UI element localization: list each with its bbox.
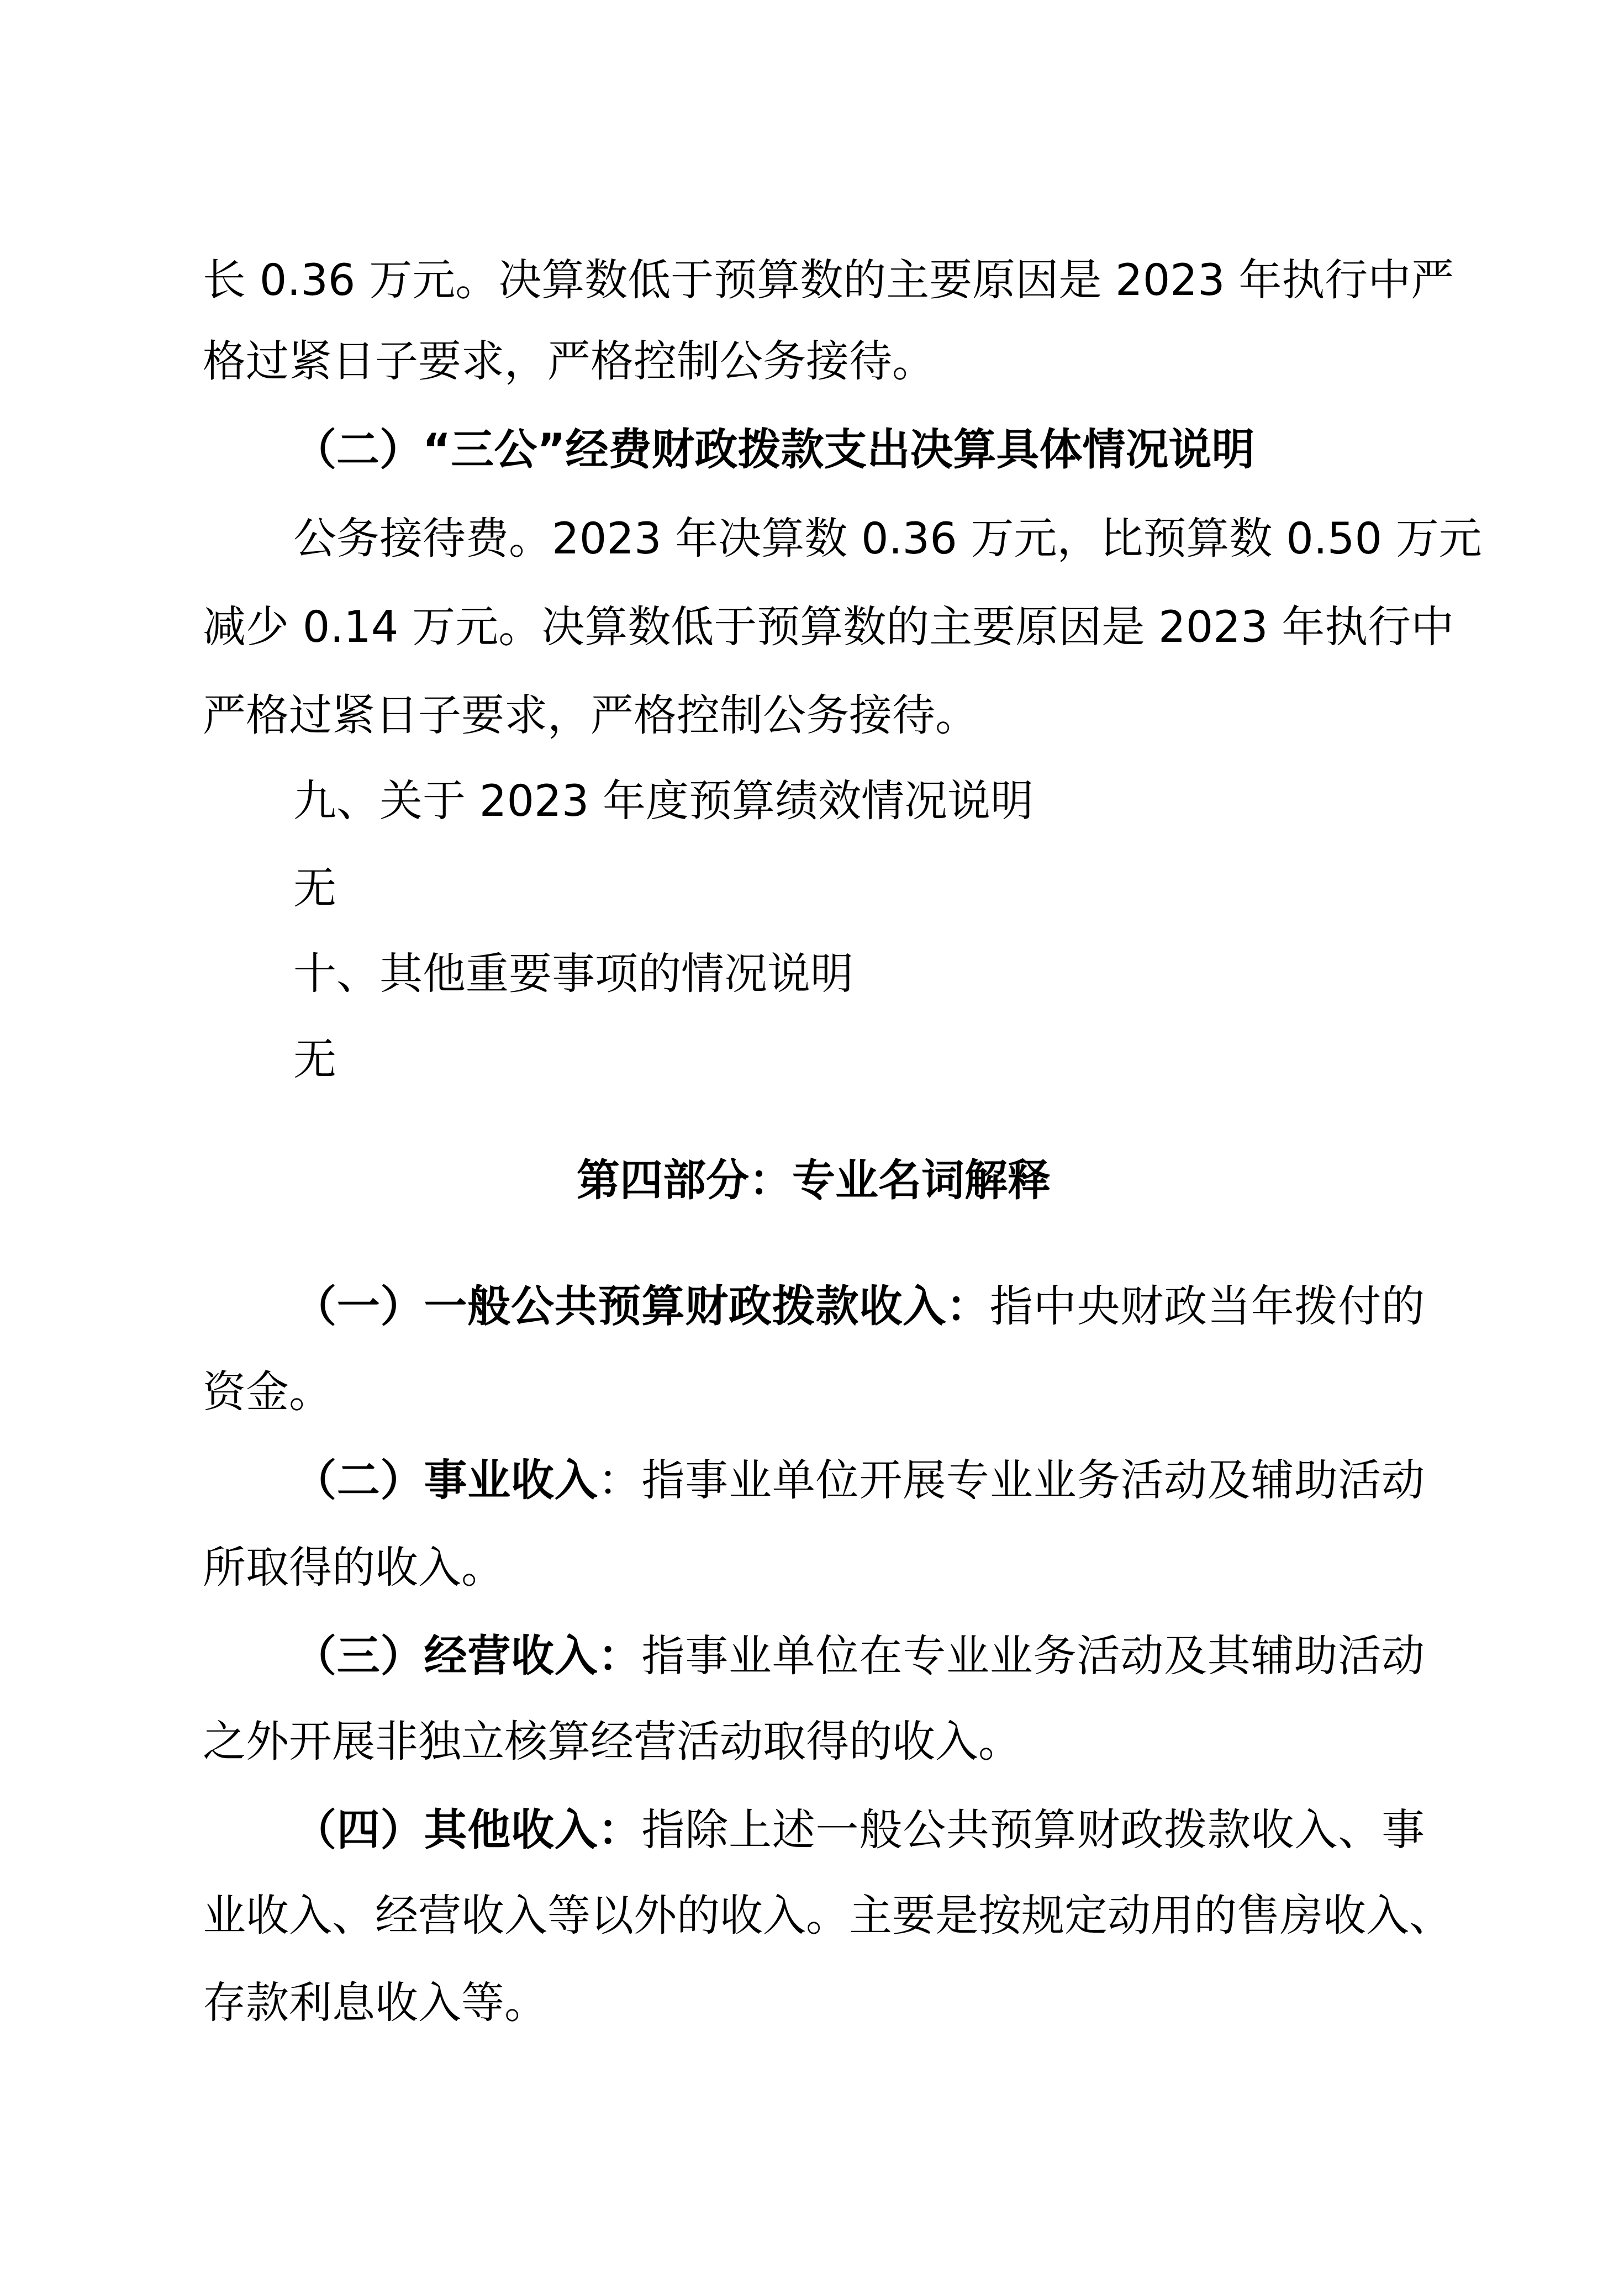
definition-1-line-2: 资金。 [203,1365,1425,1420]
continuation-line-1: 长 0.36 万元。决算数低于预算数的主要原因是 2023 年执行中严 [203,253,1425,308]
section-ten-body: 无 [203,1032,1425,1088]
definition-2-line-1: （二）事业收入：指事业单位开展专业业务活动及辅助活动 [203,1453,1425,1508]
section-two-para-line-2: 减少 0.14 万元。决算数低于预算数的主要原因是 2023 年执行中 [203,600,1425,655]
definition-3-line-2: 之外开展非独立核算经营活动取得的收入。 [203,1714,1425,1770]
section-two-heading: （二）“三公”经费财政拨款支出决算具体情况说明 [203,423,1425,478]
definition-2-line-2: 所取得的收入。 [203,1540,1425,1596]
definition-4-text: 指除上述一般公共预算财政拨款收入、事 [641,1806,1425,1855]
definition-2-colon: ： [598,1456,642,1506]
definition-3-term: （三）经营收入： [293,1632,641,1681]
definition-2-term: （二）事业收入 [293,1456,598,1506]
definition-4-term: （四）其他收入： [293,1806,641,1855]
definition-1-term: （一）一般公共预算财政拨款收入： [293,1282,990,1332]
section-nine-body: 无 [203,861,1425,916]
definition-4-line-2: 业收入、经营收入等以外的收入。主要是按规定动用的售房收入、 [203,1888,1425,1944]
section-nine-heading: 九、关于 2023 年度预算绩效情况说明 [203,774,1425,829]
definition-3-line-1: （三）经营收入：指事业单位在专业业务活动及其辅助活动 [203,1629,1425,1684]
part-four-title: 第四部分：专业名词解释 [203,1153,1425,1209]
definition-3-text: 指事业单位在专业业务活动及其辅助活动 [641,1632,1425,1681]
section-ten-heading: 十、其他重要事项的情况说明 [203,947,1425,1002]
definition-1-line-1: （一）一般公共预算财政拨款收入：指中央财政当年拨付的 [203,1279,1425,1334]
definition-2-text: 指事业单位开展专业业务活动及辅助活动 [641,1456,1425,1506]
definition-4-line-1: （四）其他收入：指除上述一般公共预算财政拨款收入、事 [203,1803,1425,1858]
continuation-line-2: 格过紧日子要求，严格控制公务接待。 [203,334,1425,389]
section-two-para-line-1: 公务接待费。2023 年决算数 0.36 万元，比预算数 0.50 万元 [203,511,1425,567]
definition-1-text: 指中央财政当年拨付的 [990,1282,1425,1332]
section-two-para-line-3: 严格过紧日子要求，严格控制公务接待。 [203,688,1425,743]
definition-4-line-3: 存款利息收入等。 [203,1976,1425,2031]
